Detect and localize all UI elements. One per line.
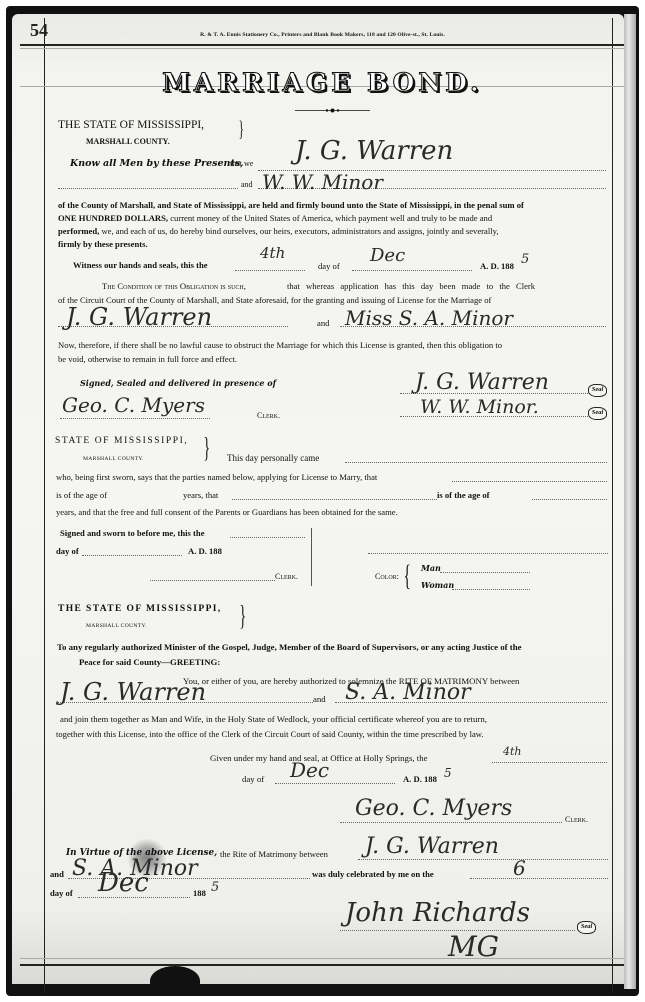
right-margin-rule (612, 18, 613, 993)
bond-body-text: current money of the United States of Am… (170, 213, 492, 223)
condition-text: that whereas application has this day be… (287, 281, 535, 291)
principal-signature: J. G. Warren (415, 370, 549, 395)
know-all-men-text: Know all Men by these Presents, (70, 158, 244, 169)
given-month-line (275, 783, 395, 784)
and-label: and (50, 869, 64, 879)
celebrated-year-handwritten: 5 (211, 880, 219, 895)
signed-sealed-text: Signed, Sealed and delivered in presence… (80, 378, 276, 388)
witness-day-handwritten: 4th (260, 244, 285, 262)
license-state-heading: THE STATE OF MISSISSIPPI, (58, 604, 222, 614)
principal-name-handwritten: J. G. Warren (295, 136, 453, 166)
peace-greeting-text: Peace for said County—GREETING: (79, 657, 220, 667)
rite-text: the Rite of Matrimony between (220, 849, 328, 859)
bond-body-line-2: ONE HUNDRED DOLLARS, current money of th… (58, 213, 608, 223)
bond-state-heading: THE STATE OF MISSISSIPPI, (58, 119, 204, 131)
together-text: together with this License, into the off… (56, 729, 484, 739)
and-label: and (241, 180, 253, 189)
woman-label: Woman (421, 580, 454, 590)
condition-lead: The Condition of this Obligation is such… (102, 281, 246, 291)
officiant-signature: John Richards (345, 898, 530, 928)
day-of-label: day of (242, 774, 264, 784)
cert-groom-handwritten: J. G. Warren (365, 834, 499, 859)
clerk-label: Clerk. (257, 411, 280, 420)
header-subrule (20, 48, 624, 49)
bond-amount: ONE HUNDRED DOLLARS, (58, 213, 168, 223)
now-therefore-text-2: be void, otherwise to remain in full for… (58, 354, 237, 364)
brace-icon: } (239, 603, 246, 631)
affiant-line (345, 462, 607, 463)
document-title: MARRIAGE BOND. (0, 68, 645, 97)
bond-body-text: we, and each of us, do hereby bind ourse… (101, 226, 498, 236)
witness-clerk-signature: Geo. C. Myers (62, 393, 205, 417)
witness-signature-line (60, 418, 210, 419)
that-we-label: that we (230, 159, 253, 168)
license-county-heading: MARSHALL COUNTY. (86, 623, 147, 629)
affidavit-clerk-line (150, 580, 275, 581)
binding-shadow (150, 966, 200, 996)
bride-name-handwritten: Miss S. A. Minor (345, 306, 513, 330)
affidavit-state-heading: STATE OF MISSISSIPPI, (55, 436, 188, 446)
seal-icon: Seal (588, 407, 607, 420)
year-label: 188 (193, 888, 206, 898)
bond-county-heading: MARSHALL COUNTY. (86, 137, 170, 146)
left-margin-rule (44, 18, 45, 993)
day-of-label: day of (50, 888, 73, 898)
license-groom-handwritten: J. G. Warren (60, 678, 206, 706)
party-one-line (452, 481, 607, 482)
celebrated-text: was duly celebrated by me on the (312, 869, 434, 879)
cert-groom-line (358, 859, 608, 860)
given-month-handwritten: Dec (290, 758, 329, 782)
celebrated-month-handwritten: Dec (98, 868, 149, 898)
personally-came-text: This day personally came (227, 453, 319, 463)
license-clerk-signature: Geo. C. Myers (355, 796, 512, 821)
affidavit-county-heading: MARSHALL COUNTY. (83, 456, 144, 462)
witness-month-handwritten: Dec (370, 245, 405, 266)
brace-icon: } (239, 118, 244, 140)
age-line (532, 499, 607, 500)
and-label: and (313, 694, 326, 704)
clerk-signature-line (340, 822, 562, 823)
sworn-day-line (230, 537, 305, 538)
witness-day-line (235, 270, 305, 271)
page-edge (624, 14, 636, 989)
color-label: Color: (375, 572, 399, 581)
clerk-label: Clerk. (275, 572, 298, 581)
to-any-text: To any regularly authorized Minister of … (57, 642, 522, 652)
celebrated-day-handwritten: 6 (513, 856, 526, 880)
blank-line (368, 553, 608, 554)
age-of-label: is of the age of (56, 490, 107, 500)
blank-line (58, 188, 238, 189)
years-that-label: years, that (183, 490, 218, 500)
bond-body-line-1: of the County of Marshall, and State of … (58, 200, 524, 210)
ad-label: A. D. 188 (188, 546, 222, 556)
man-color-line (440, 572, 530, 573)
officiant-title-handwritten: MG (448, 930, 499, 963)
clerk-label: Clerk. (565, 815, 588, 824)
ad-label: A. D. 188 (403, 774, 437, 784)
signed-sworn-text: Signed and sworn to before me, this the (60, 528, 205, 538)
surety-name-handwritten: W. W. Minor (262, 170, 383, 194)
and-label: and (317, 318, 329, 328)
woman-color-line (452, 589, 530, 590)
consent-text: years, and that the free and full consen… (56, 507, 398, 517)
day-of-label: day of (318, 261, 340, 271)
celebrated-day-line (470, 878, 608, 879)
title-ornament-icon (295, 108, 370, 113)
brace-icon: { (404, 561, 411, 591)
surety-signature: W. W. Minor. (420, 396, 539, 418)
given-day-line (492, 762, 607, 763)
groom-name-handwritten: J. G. Warren (66, 303, 212, 331)
is-age-of-label: is of the age of (437, 490, 490, 500)
ad-label: A. D. 188 (480, 261, 514, 271)
section-divider (311, 528, 312, 586)
brace-icon: } (203, 435, 210, 463)
sworn-month-line (82, 555, 182, 556)
join-text: and join them together as Man and Wife, … (60, 714, 487, 724)
footer-subrule (20, 958, 624, 959)
license-bride-handwritten: S. A. Minor (345, 680, 471, 705)
performed-text: performed, (58, 226, 99, 236)
seal-icon: Seal (588, 384, 607, 397)
witness-month-line (352, 270, 472, 271)
day-of-label: day of (56, 546, 79, 556)
bond-body-line-4: firmly by these presents. (58, 239, 148, 249)
footer-rule (20, 964, 624, 966)
man-label: Man (421, 563, 441, 573)
witness-year-handwritten: 5 (521, 252, 529, 267)
given-day-handwritten: 4th (503, 745, 522, 758)
witness-text: Witness our hands and seals, this the (73, 260, 208, 270)
header-rule (20, 44, 624, 46)
seal-icon: Seal (577, 921, 596, 934)
now-therefore-text: Now, therefore, if there shall be no law… (58, 340, 502, 350)
sworn-text: who, being first sworn, says that the pa… (56, 472, 377, 482)
given-year-handwritten: 5 (444, 766, 452, 780)
printer-imprint: R. & T. A. Ennis Stationery Co., Printer… (0, 32, 645, 38)
bond-body-line-3: performed, we, and each of us, do hereby… (58, 226, 608, 236)
party-two-line (232, 499, 437, 500)
